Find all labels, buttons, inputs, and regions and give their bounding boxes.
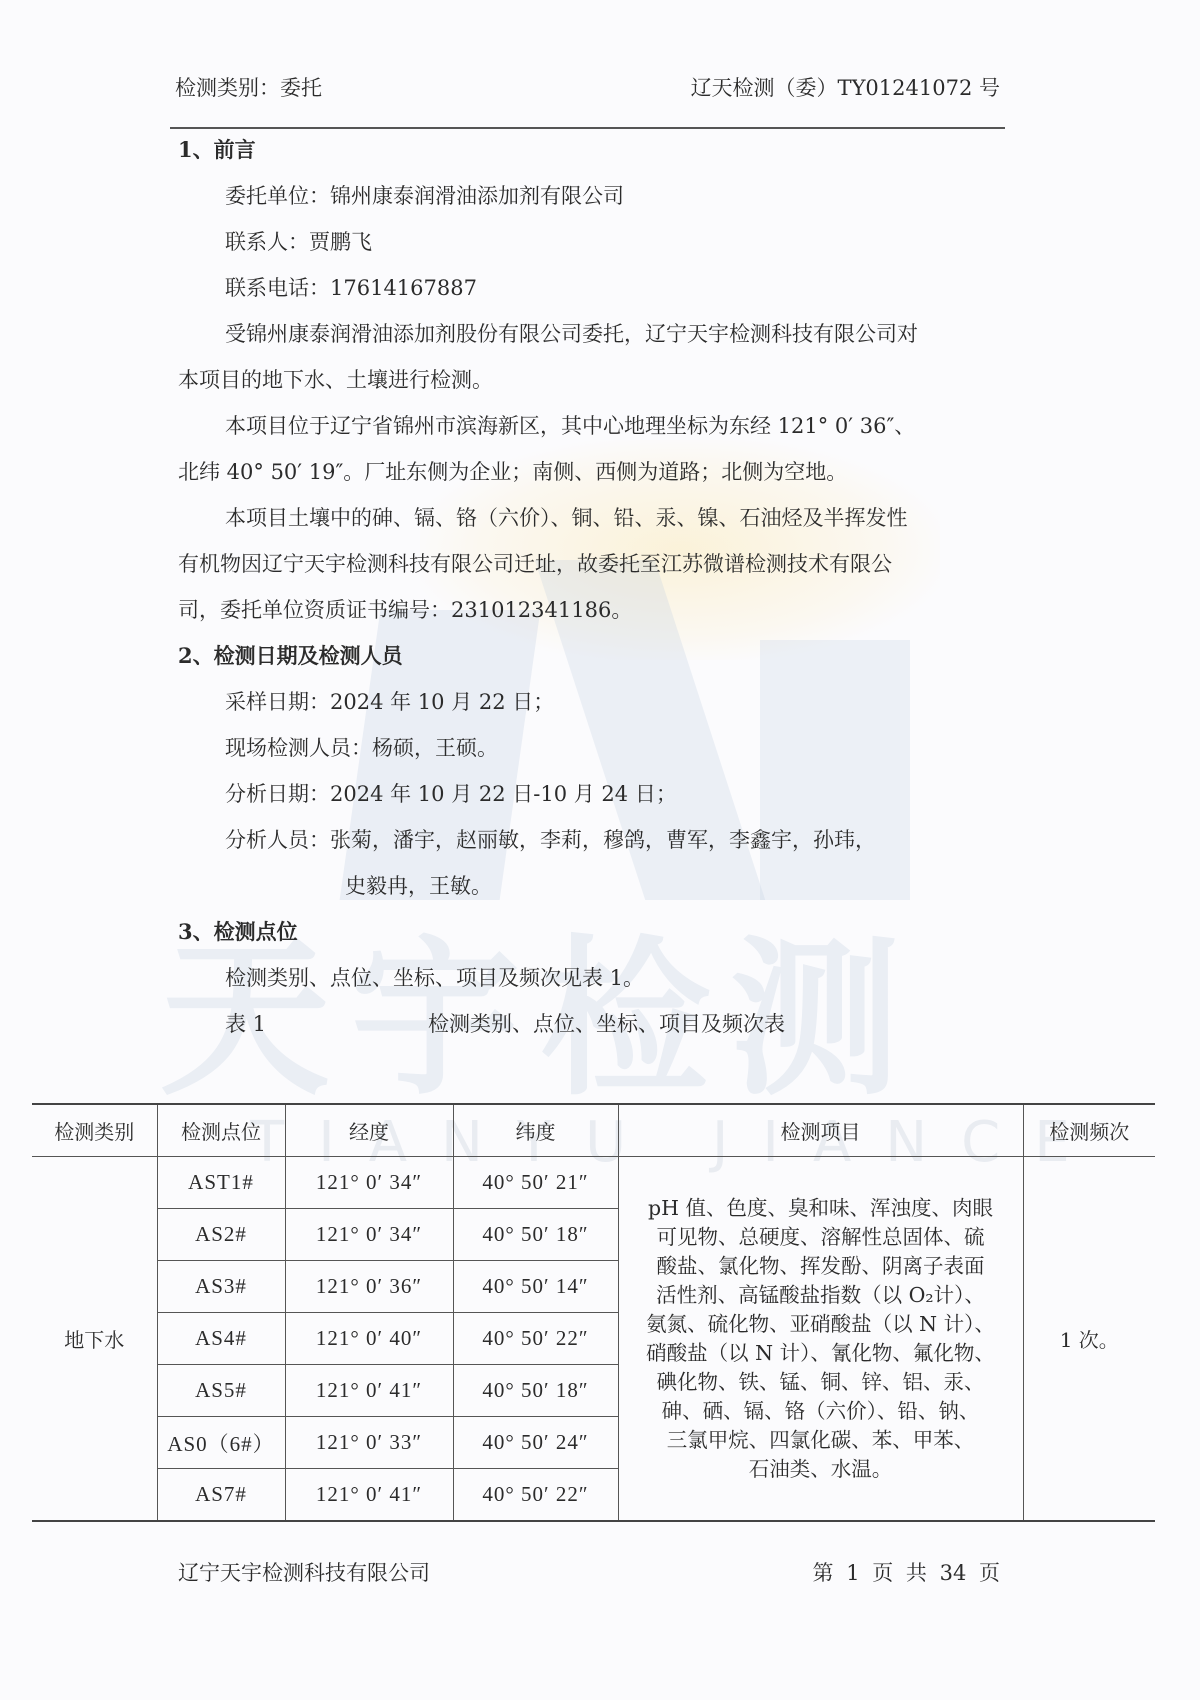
analysis-date: 分析日期：2024 年 10 月 22 日-10 月 24 日； [225, 780, 677, 808]
column-header: 检测类别 [32, 1104, 157, 1157]
section-heading-dates-staff: 2、检测日期及检测人员 [178, 642, 403, 670]
report-category: 检测类别：委托 [175, 72, 322, 102]
document-page: 检测类别：委托 辽天检测（委）TY01241072 号 1、前言 委托单位：锦州… [0, 0, 1200, 1700]
test-items-line: pH 值、色度、臭和味、浑浊度、肉眼 [648, 1196, 993, 1220]
latitude-cell: 40° 50′ 14″ [453, 1261, 618, 1313]
test-items-line: 氨氮、硫化物、亚硝酸盐（以 N 计）、 [646, 1312, 995, 1336]
field-staff: 现场检测人员：杨硕，王硕。 [225, 734, 498, 762]
paragraph-line: 受锦州康泰润滑油添加剂股份有限公司委托，辽宁天宇检测科技有限公司对 [225, 320, 918, 348]
longitude-cell: 121° 0′ 34″ [285, 1157, 453, 1209]
point-cell: AS7# [157, 1469, 285, 1522]
point-cell: AS0（6#） [157, 1417, 285, 1469]
longitude-cell: 121° 0′ 41″ [285, 1365, 453, 1417]
latitude-cell: 40° 50′ 21″ [453, 1157, 618, 1209]
frequency-cell: 1 次。 [1023, 1157, 1155, 1522]
client-unit: 委托单位：锦州康泰润滑油添加剂有限公司 [225, 182, 624, 210]
test-items-cell: pH 值、色度、臭和味、浑浊度、肉眼 可见物、总硬度、溶解性总固体、硫 酸盐、氯… [618, 1157, 1023, 1522]
test-items-line: 酸盐、氯化物、挥发酚、阴离子表面 [657, 1254, 985, 1278]
test-items-line: 碘化物、铁、锰、铜、锌、铝、汞、 [657, 1370, 985, 1394]
longitude-cell: 121° 0′ 41″ [285, 1469, 453, 1522]
paragraph-line: 北纬 40° 50′ 19″。厂址东侧为企业；南侧、西侧为道路；北侧为空地。 [178, 458, 847, 486]
analysts: 分析人员：张菊，潘宇，赵丽敏，李莉，穆鸽，曹军，李鑫宇，孙玮， [225, 826, 876, 854]
longitude-cell: 121° 0′ 36″ [285, 1261, 453, 1313]
points-table: 检测类别 检测点位 经度 纬度 检测项目 检测频次 地下水 AST1# 121°… [32, 1103, 1155, 1522]
paragraph-line: 本项目的地下水、土壤进行检测。 [178, 366, 493, 394]
point-cell: AS4# [157, 1313, 285, 1365]
latitude-cell: 40° 50′ 22″ [453, 1313, 618, 1365]
section3-intro: 检测类别、点位、坐标、项目及频次见表 1。 [225, 964, 644, 992]
contact-phone: 联系电话：17614167887 [225, 274, 477, 302]
table-label: 表 1 [225, 1010, 266, 1038]
contact-person: 联系人：贾鹏飞 [225, 228, 372, 256]
table-header-row: 检测类别 检测点位 经度 纬度 检测项目 检测频次 [32, 1104, 1155, 1157]
header-divider [170, 127, 1005, 129]
point-cell: AST1# [157, 1157, 285, 1209]
category-cell: 地下水 [32, 1157, 157, 1522]
point-cell: AS3# [157, 1261, 285, 1313]
test-items-line: 可见物、总硬度、溶解性总固体、硫 [657, 1225, 985, 1249]
point-cell: AS2# [157, 1209, 285, 1261]
longitude-cell: 121° 0′ 34″ [285, 1209, 453, 1261]
table-row: 地下水 AST1# 121° 0′ 34″ 40° 50′ 21″ pH 值、色… [32, 1157, 1155, 1209]
paragraph-line: 有机物因辽宁天宇检测科技有限公司迁址，故委托至江苏微谱检测技术有限公 [178, 550, 892, 578]
paragraph-line: 司，委托单位资质证书编号：231012341186。 [178, 596, 632, 624]
latitude-cell: 40° 50′ 24″ [453, 1417, 618, 1469]
column-header: 经度 [285, 1104, 453, 1157]
point-cell: AS5# [157, 1365, 285, 1417]
table-title: 检测类别、点位、坐标、项目及频次表 [428, 1010, 785, 1038]
analysts-continued: 史毅冉，王敏。 [345, 872, 492, 900]
page-number: 第 1 页 共 34 页 [813, 1557, 1000, 1587]
test-items-line: 石油类、水温。 [749, 1457, 893, 1481]
section-heading-points: 3、检测点位 [178, 918, 298, 946]
footer-company: 辽宁天宇检测科技有限公司 [178, 1557, 430, 1587]
column-header: 检测项目 [618, 1104, 1023, 1157]
column-header: 检测点位 [157, 1104, 285, 1157]
test-items-line: 砷、硒、镉、铬（六价）、铅、钠、 [662, 1399, 980, 1423]
latitude-cell: 40° 50′ 22″ [453, 1469, 618, 1522]
sampling-date: 采样日期：2024 年 10 月 22 日； [225, 688, 554, 716]
paragraph-line: 本项目土壤中的砷、镉、铬（六价）、铜、铅、汞、镍、石油烃及半挥发性 [225, 504, 908, 532]
column-header: 检测频次 [1023, 1104, 1155, 1157]
section-heading-preface: 1、前言 [178, 136, 256, 164]
latitude-cell: 40° 50′ 18″ [453, 1209, 618, 1261]
report-number: 辽天检测（委）TY01241072 号 [691, 72, 1000, 102]
test-items-line: 活性剂、高锰酸盐指数（以 O₂计）、 [656, 1283, 985, 1307]
column-header: 纬度 [453, 1104, 618, 1157]
test-items-line: 三氯甲烷、四氯化碳、苯、甲苯、 [667, 1428, 975, 1452]
latitude-cell: 40° 50′ 18″ [453, 1365, 618, 1417]
test-items-line: 硝酸盐（以 N 计）、氰化物、氟化物、 [646, 1341, 995, 1365]
longitude-cell: 121° 0′ 40″ [285, 1313, 453, 1365]
longitude-cell: 121° 0′ 33″ [285, 1417, 453, 1469]
paragraph-line: 本项目位于辽宁省锦州市滨海新区，其中心地理坐标为东经 121° 0′ 36″、 [225, 412, 915, 440]
